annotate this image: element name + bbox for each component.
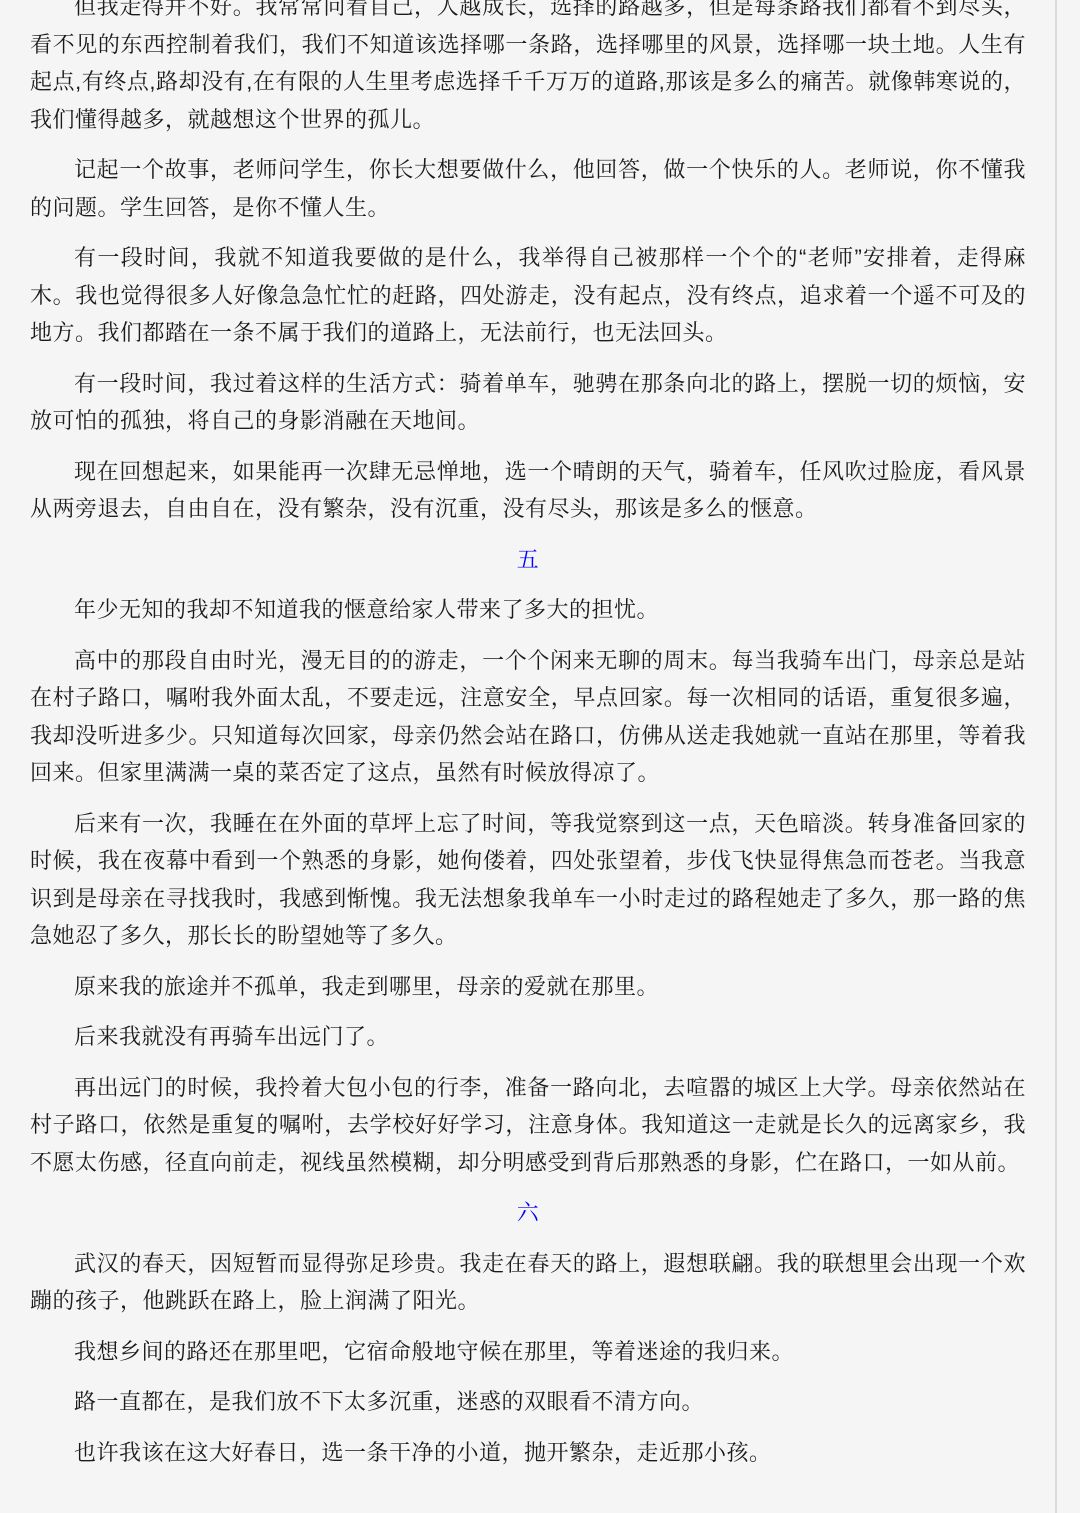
paragraph: 记起一个故事，老师问学生，你长大想要做什么，他回答，做一个快乐的人。老师说，你不…: [30, 151, 1026, 226]
section-heading: 五: [30, 541, 1026, 579]
paragraph: 年少无知的我却不知道我的惬意给家人带来了多大的担忧。: [30, 591, 1026, 629]
paragraph: 我想乡间的路还在那里吧，它宿命般地守候在那里，等着迷途的我归来。: [30, 1333, 1026, 1371]
content-column: 但我走得并不好。我常常问看自己，人越成长，选择的路越多，但是每条路我们都看不到尽…: [0, 0, 1056, 1513]
column-divider: [1055, 0, 1057, 1513]
paragraph: 路一直都在，是我们放不下太多沉重，迷惑的双眼看不清方向。: [30, 1383, 1026, 1421]
paragraph: 再出远门的时候，我拎着大包小包的行李，准备一路向北，去喧嚣的城区上大学。母亲依然…: [30, 1069, 1026, 1182]
paragraph: 原来我的旅途并不孤单，我走到哪里，母亲的爱就在那里。: [30, 968, 1026, 1006]
paragraph: 现在回想起来，如果能再一次肆无忌惮地，选一个晴朗的天气，骑着车，任风吹过脸庞，看…: [30, 453, 1026, 528]
paragraph: 后来我就没有再骑车出远门了。: [30, 1018, 1026, 1056]
article: 但我走得并不好。我常常问看自己，人越成长，选择的路越多，但是每条路我们都看不到尽…: [30, 0, 1026, 1471]
paragraph: 也许我该在这大好春日，选一条干净的小道，抛开繁杂，走近那小孩。: [30, 1434, 1026, 1472]
paragraph: 高中的那段自由时光，漫无目的的游走，一个个闲来无聊的周末。每当我骑车出门，母亲总…: [30, 642, 1026, 792]
paragraph: 后来有一次，我睡在在外面的草坪上忘了时间，等我觉察到这一点，天色暗淡。转身准备回…: [30, 805, 1026, 955]
section-heading: 六: [30, 1194, 1026, 1232]
paragraph: 但我走得并不好。我常常问看自己，人越成长，选择的路越多，但是每条路我们都看不到尽…: [30, 0, 1026, 138]
paragraph: 武汉的春天，因短暂而显得弥足珍贵。我走在春天的路上，遐想联翩。我的联想里会出现一…: [30, 1245, 1026, 1320]
paragraph: 有一段时间，我就不知道我要做的是什么，我举得自己被那样一个个的“老师”安排着，走…: [30, 239, 1026, 352]
paragraph: 有一段时间，我过着这样的生活方式：骑着单车，驰骋在那条向北的路上，摆脱一切的烦恼…: [30, 365, 1026, 440]
